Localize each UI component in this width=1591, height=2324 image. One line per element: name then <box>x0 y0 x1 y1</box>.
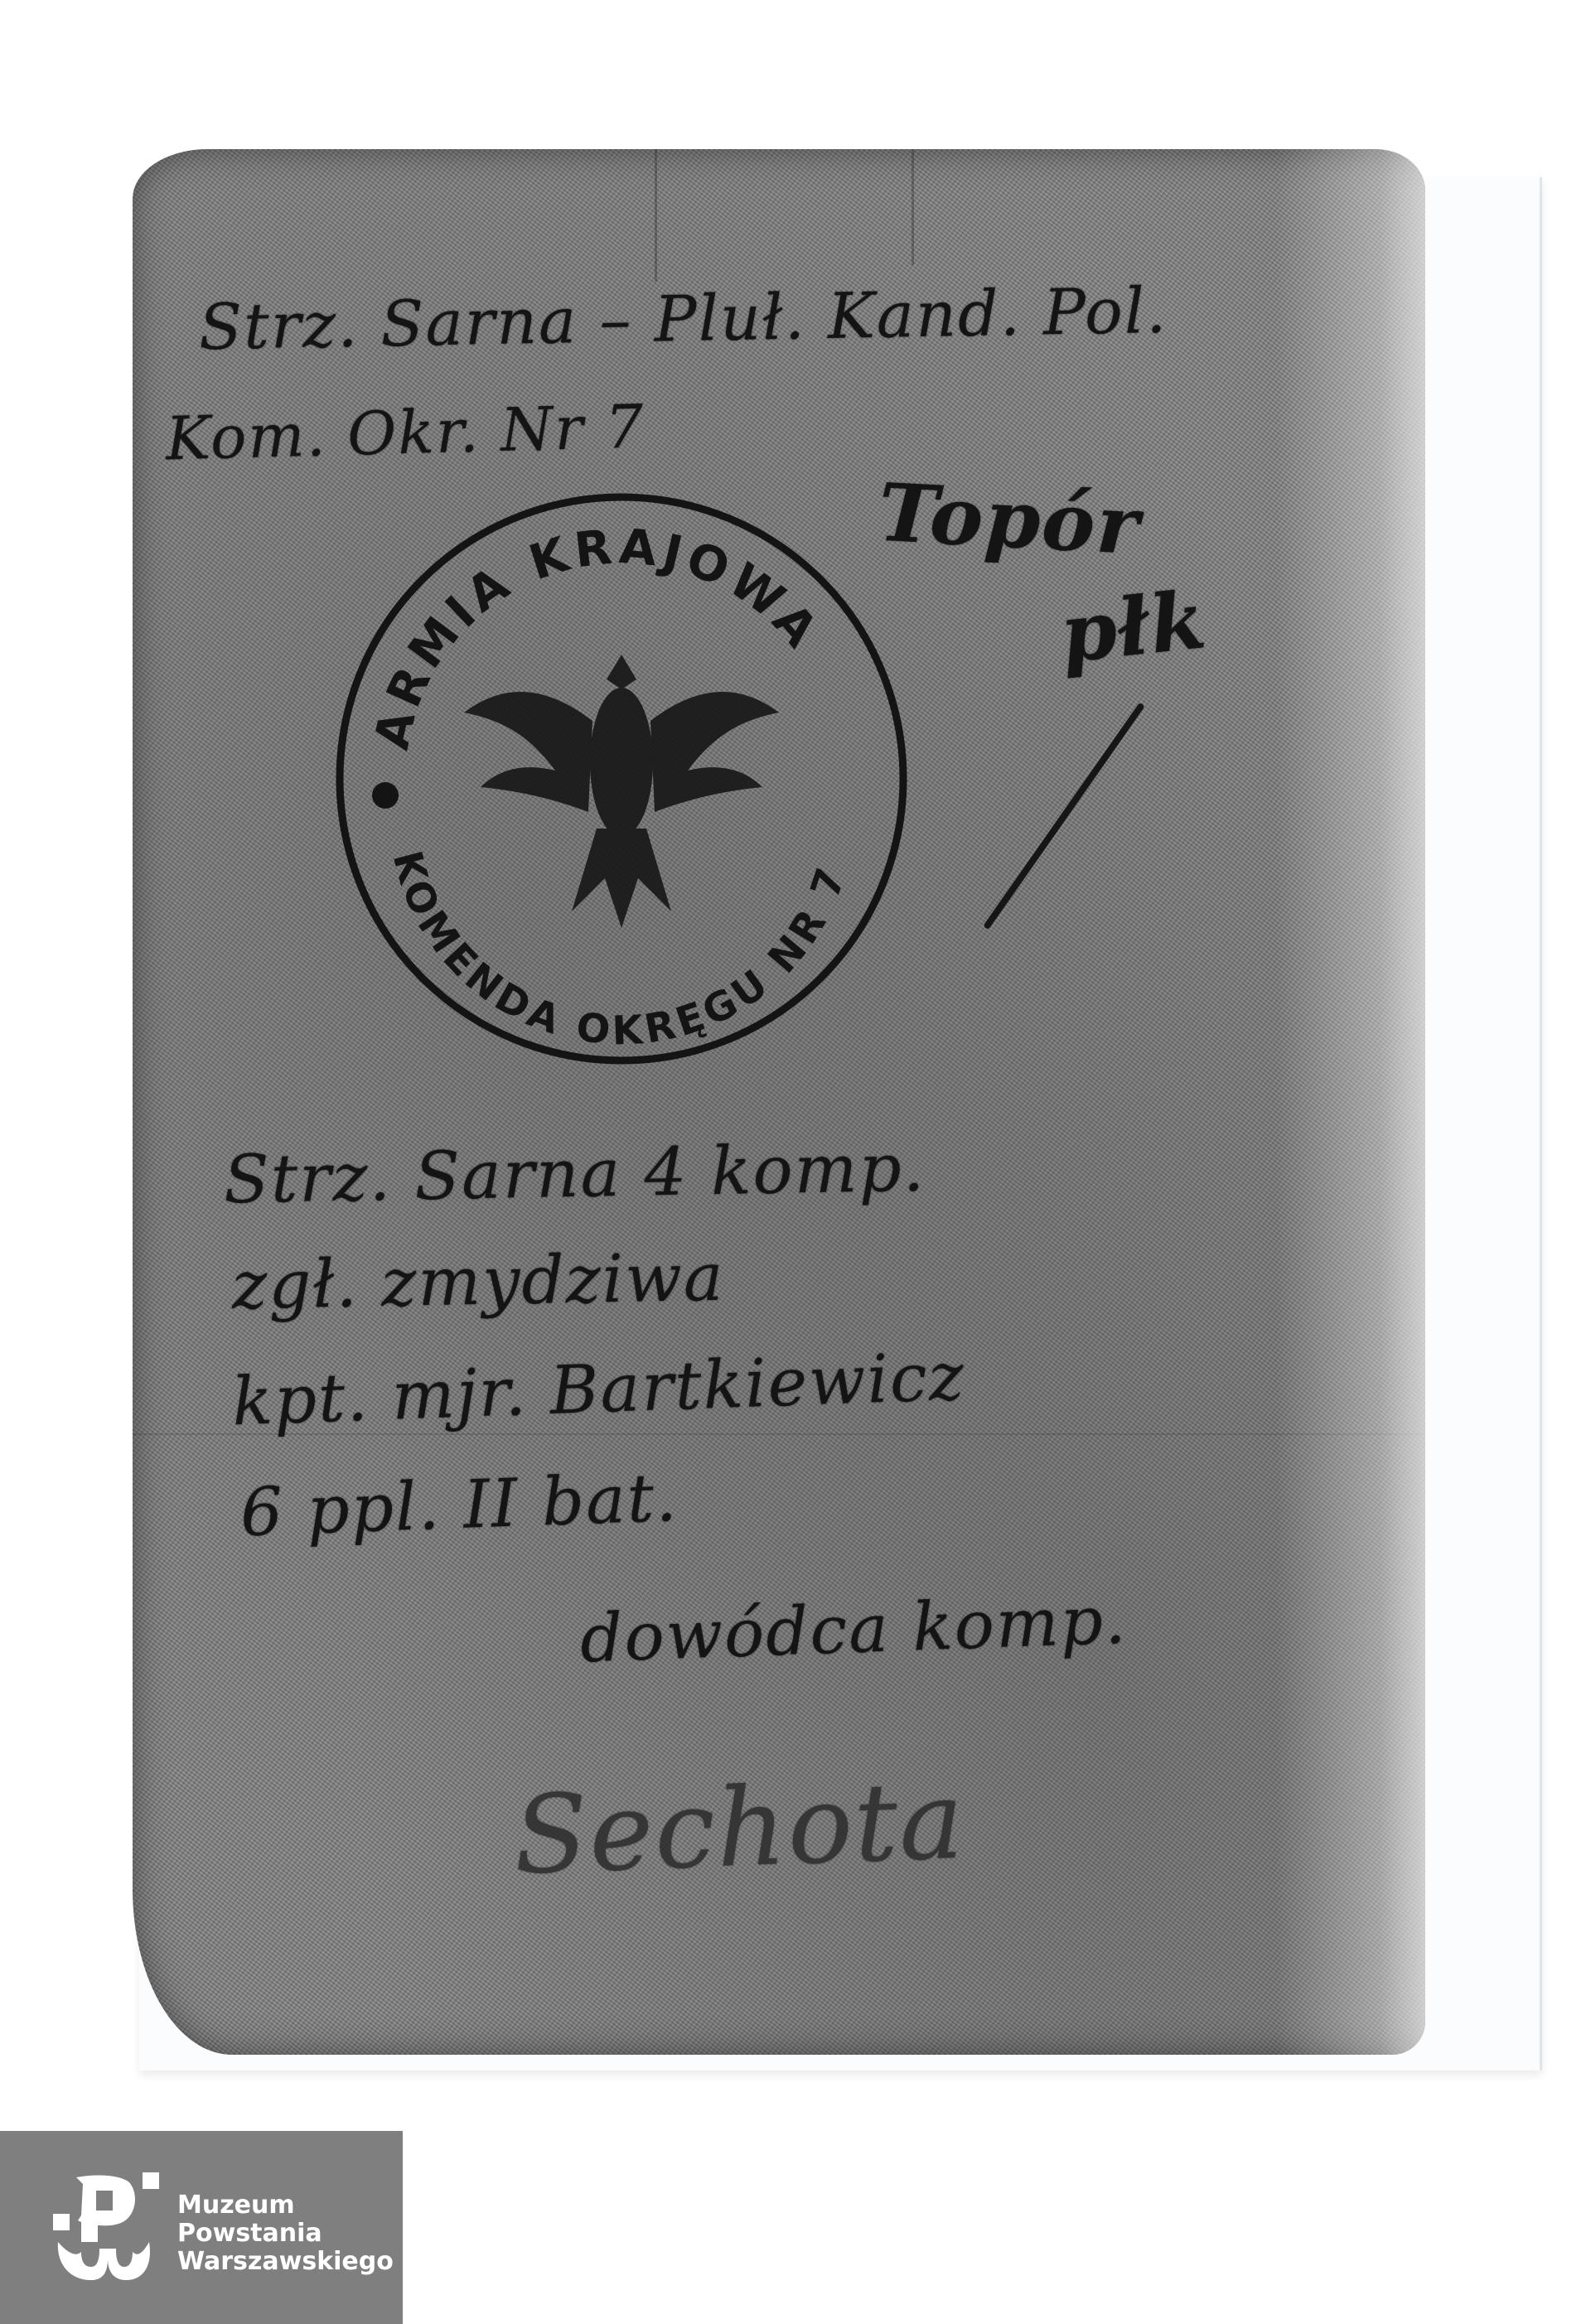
header-line-1: Strz. Sarna – Pluł. Kand. Pol. <box>198 273 1168 364</box>
kotwica-anchor-logo-icon <box>53 2172 161 2284</box>
museum-name-line-2: Powstania <box>177 2220 394 2248</box>
museum-watermark: Muzeum Powstania Warszawskiego <box>0 2131 403 2324</box>
signature: Sechota <box>512 1757 968 1899</box>
body-line-5: dowódca komp. <box>579 1582 1129 1678</box>
fold-crease <box>655 149 657 282</box>
body-line-2: zgł. zmydziwa <box>231 1239 725 1324</box>
body-line-4: 6 ppl. II bat. <box>239 1459 679 1551</box>
museum-name-line-3: Warszawskiego <box>177 2248 394 2276</box>
museum-name: Muzeum Powstania Warszawskiego <box>177 2191 394 2276</box>
fold-crease <box>912 149 914 265</box>
document-paper: Strz. Sarna – Pluł. Kand. Pol. Kom. Okr.… <box>133 149 1425 2055</box>
museum-name-line-1: Muzeum <box>177 2191 394 2220</box>
header-line-2: Kom. Okr. Nr 7 <box>165 391 646 473</box>
eagle-emblem-icon: ARMIA KRAJOWA KOMENDA OKRĘGU NR 7 <box>307 464 936 1094</box>
body-line-1: Strz. Sarna 4 komp. <box>223 1129 926 1219</box>
body-line-3: kpt. mjr. Bartkiewicz <box>231 1338 967 1441</box>
annotation-stroke <box>983 703 1145 930</box>
annotation-rank: płk <box>1057 573 1211 681</box>
official-stamp: ARMIA KRAJOWA KOMENDA OKRĘGU NR 7 <box>307 464 936 1094</box>
